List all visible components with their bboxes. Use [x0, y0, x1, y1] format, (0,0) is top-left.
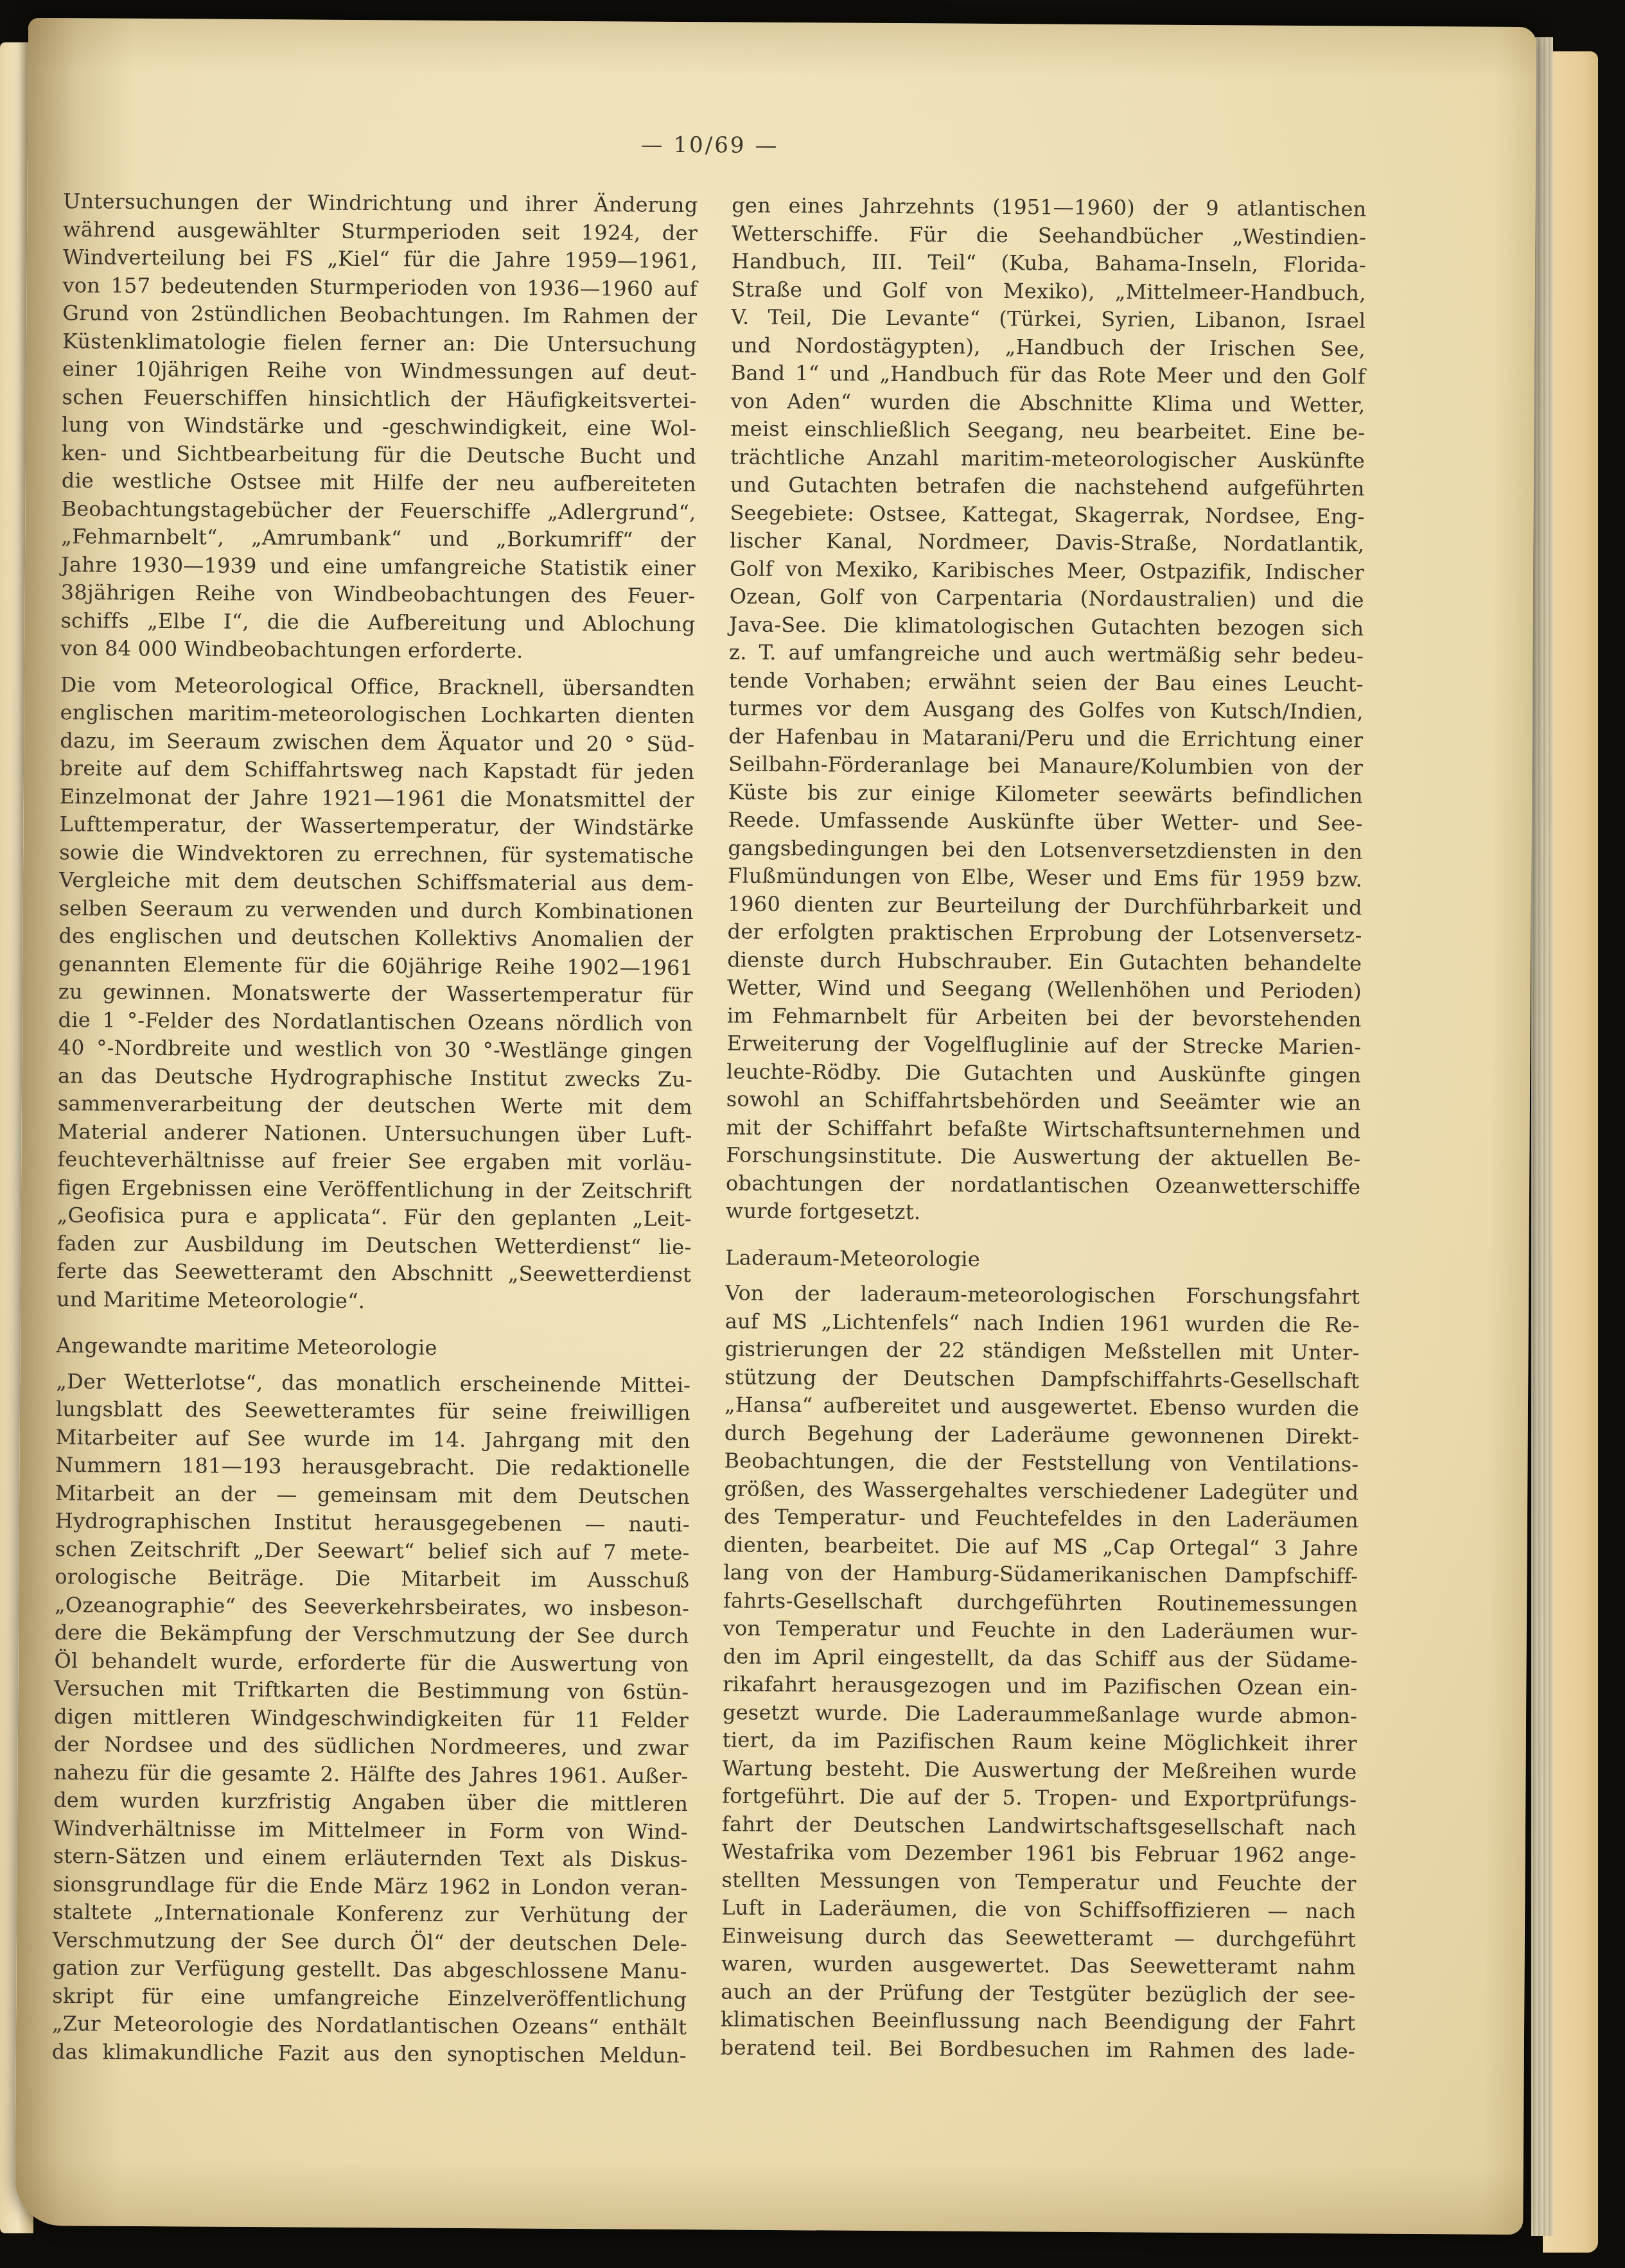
text-line: Java-See. Die klimatologischen Gutachten… [729, 611, 1364, 643]
text-line: obachtungen der nordatlantischen Ozeanwe… [726, 1169, 1360, 1201]
section-heading: Angewandte maritime Meteorologie [56, 1332, 690, 1364]
text-line: gangsbedingungen bei den Lotsenversetzdi… [728, 834, 1362, 866]
text-line: Öl behandelt wurde, erforderte für die A… [54, 1647, 689, 1679]
text-line: Wetterschiffe. Für die Seehandbücher „We… [732, 220, 1366, 252]
text-line: gistrierungen der 22 ständigen Meßstelle… [725, 1335, 1359, 1367]
text-column-left: Untersuchungen der Windrichtung und ihre… [52, 188, 698, 2070]
scanned-page: — 10/69 — Untersuchungen der Windrichtun… [15, 18, 1536, 2235]
text-line: Küstenklimatologie fielen ferner an: Die… [62, 327, 697, 360]
text-line: staltete „Internationale Konferenz zur V… [53, 1898, 687, 1930]
text-line: orologische Beiträge. Die Mitarbeit im A… [55, 1563, 689, 1595]
text-line: lischer Kanal, Nordmeer, Davis-Straße, N… [730, 527, 1364, 559]
text-line: feuchteverhältnisse auf freier See ergab… [57, 1146, 692, 1178]
text-line: lung von Windstärke und -geschwindigkeit… [62, 411, 696, 443]
text-line: klimatischen Beeinflussung nach Beendigu… [721, 2005, 1355, 2037]
text-line: 40 °-Nordbreite und westlich von 30 °-We… [58, 1034, 692, 1066]
text-line: des englischen und deutschen Kollektivs … [58, 922, 693, 954]
text-line: Handbuch, III. Teil“ (Kuba, Bahama-Insel… [732, 248, 1366, 280]
text-line: lungsblatt des Seewetteramtes für seine … [56, 1395, 690, 1427]
text-line: trächtliche Anzahl maritim-meteorologisc… [730, 443, 1365, 475]
text-line: einer 10jährigen Reihe von Windmessungen… [62, 355, 697, 387]
text-line: Reede. Umfassende Auskünfte über Wetter-… [728, 806, 1362, 838]
text-line: 1960 dienten zur Beurteilung der Durchfü… [728, 890, 1362, 922]
text-line: faden zur Ausbildung im Deutschen Wetter… [57, 1230, 691, 1262]
text-line: die westliche Ostsee mit Hilfe der neu a… [62, 467, 696, 499]
text-line: Seilbahn-Förderanlage bei Manaure/Kolumb… [728, 750, 1363, 782]
paragraph: Von der laderaum-meteorologischen Forsch… [721, 1279, 1360, 2065]
text-line: dienste durch Hubschrauber. Ein Gutachte… [727, 946, 1362, 978]
text-line: Westafrika vom Dezember 1961 bis Februar… [722, 1838, 1357, 1870]
text-line: wurde fortgesetzt. [726, 1197, 1360, 1229]
text-line: Nummern 181—193 herausgebracht. Die reda… [55, 1451, 690, 1483]
text-line: stern-Sätzen und einem erläuternden Text… [53, 1842, 688, 1874]
text-line: schen Zeitschrift „Der Seewart“ belief s… [55, 1535, 689, 1567]
section-heading: Laderaum-Meteorologie [725, 1244, 1360, 1276]
paragraph: „Der Wetterlotse“, das monatlich erschei… [52, 1368, 691, 2070]
text-line: Straße und Golf von Mexiko), „Mittelmeer… [731, 275, 1366, 308]
text-line: der Nordsee und des südlichen Nordmeeres… [54, 1731, 689, 1763]
text-line: skript für eine umfangreiche Einzelveröf… [52, 1982, 687, 2014]
text-line: und Maritime Meteorologie“. [57, 1286, 691, 1318]
text-line: „Zur Meteorologie des Nordatlantischen O… [52, 2010, 687, 2042]
page-edge-stack [1531, 37, 1553, 2236]
text-line: Die vom Meteorological Office, Bracknell… [60, 671, 695, 703]
text-line: sionsgrundlage für die Ende März 1962 in… [53, 1871, 687, 1903]
text-line: Flußmündungen von Elbe, Weser und Ems fü… [728, 862, 1362, 894]
text-line: englischen maritim-meteorologischen Loch… [60, 699, 694, 731]
text-line: V. Teil, Die Levante“ (Türkei, Syrien, L… [731, 304, 1366, 336]
text-line: ferte das Seewetteramt den Abschnitt „Se… [57, 1257, 691, 1289]
text-line: Band 1“ und „Handbuch für das Rote Meer … [731, 360, 1366, 392]
text-line: selben Seeraum zu verwenden und durch Ko… [59, 894, 694, 927]
text-line: ken- und Sichtbearbeitung für die Deutsc… [62, 439, 696, 471]
text-line: Erweiterung der Vogelfluglinie auf der S… [726, 1029, 1361, 1061]
text-line: Versuchen mit Triftkarten die Bestimmung… [54, 1675, 689, 1707]
text-line: Untersuchungen der Windrichtung und ihre… [63, 188, 698, 220]
text-line: dem wurden kurzfristig Angaben über die … [53, 1786, 688, 1819]
text-line: beratend teil. Bei Bordbesuchen im Rahme… [721, 2034, 1355, 2066]
text-line: der Hafenbau in Matarani/Peru und die Er… [728, 722, 1363, 755]
paragraph: Untersuchungen der Windrichtung und ihre… [60, 188, 698, 667]
text-line: auf MS „Lichtenfels“ nach Indien 1961 wu… [725, 1307, 1360, 1339]
text-column-right: gen eines Jahrzehnts (1951—1960) der 9 a… [721, 192, 1367, 2066]
text-line: und Nordostägypten), „Handbuch der Irisc… [731, 331, 1366, 363]
text-line: Forschungsinstitute. Die Auswertung der … [726, 1141, 1360, 1173]
text-line: sammenverarbeitung der deutschen Werte m… [58, 1090, 692, 1122]
text-line: Küste bis zur einige Kilometer seewärts … [728, 778, 1363, 810]
text-line: schiffs „Elbe I“, die die Aufbereitung u… [60, 607, 695, 639]
text-line: Seegebiete: Ostsee, Kattegat, Skagerrak,… [730, 499, 1364, 531]
text-line: von 157 bedeutenden Sturmperioden von 19… [63, 272, 698, 304]
text-line: größen, des Wassergehaltes verschiedener… [724, 1475, 1358, 1507]
text-line: Einweisung durch das Seewetteramt — durc… [721, 1922, 1356, 1954]
text-line: nahezu für die gesamte 2. Hälfte des Jah… [53, 1759, 688, 1791]
text-line: von 84 000 Windbeobachtungen erforderte. [60, 634, 695, 667]
text-line: den im April eingestellt, da das Schiff … [723, 1643, 1357, 1675]
text-line: genannten Elemente für die 60jährige Rei… [58, 950, 693, 982]
text-line: lang von der Hamburg-Südamerikanischen D… [723, 1558, 1358, 1591]
text-line: „Der Wetterlotse“, das monatlich erschei… [56, 1368, 690, 1400]
text-line: Beobachtungstagebücher der Feuerschiffe … [61, 495, 696, 527]
text-line: dienten, bearbeitet. Die auf MS „Cap Ort… [724, 1531, 1358, 1563]
text-line: „Ozeanographie“ des Seeverkehrsbeirates,… [55, 1591, 689, 1623]
text-line: leuchte-Rödby. Die Gutachten und Auskünf… [726, 1058, 1361, 1090]
text-line: schen Feuerschiffen hinsichtlich der Häu… [62, 383, 696, 415]
text-line: während ausgewählter Sturmperioden seit … [63, 216, 698, 248]
text-line: turmes vor dem Ausgang des Golfes von Ku… [729, 694, 1364, 726]
text-line: von Aden“ wurden die Abschnitte Klima un… [730, 387, 1365, 419]
text-line: gen eines Jahrzehnts (1951—1960) der 9 a… [732, 192, 1366, 224]
text-line: durch Begehung der Laderäume gewonnenen … [725, 1419, 1359, 1451]
text-line: breite auf dem Schiffahrtsweg nach Kapst… [60, 755, 694, 787]
text-line: tiert, da im Pazifischen Raum keine Mögl… [723, 1726, 1357, 1758]
text-line: mit der Schiffahrt befaßte Wirtschaftsun… [726, 1113, 1361, 1146]
text-line: im Fehmarnbelt für Arbeiten bei der bevo… [727, 1002, 1362, 1034]
text-line: stellten Messungen von Temperatur und Fe… [721, 1866, 1356, 1898]
text-line: Einzelmonat der Jahre 1921—1961 die Mona… [60, 783, 694, 815]
text-line: Vergleiche mit dem deutschen Schiffsmate… [59, 866, 694, 898]
text-line: fahrts-Gesellschaft durchgeführten Routi… [723, 1587, 1358, 1619]
text-line: Mitarbeiter auf See wurde im 14. Jahrgan… [56, 1424, 690, 1456]
text-line: digen mittleren Windgeschwindigkeiten fü… [54, 1703, 689, 1735]
text-line: Material anderer Nationen. Untersuchunge… [57, 1118, 692, 1150]
text-line: die 1 °-Felder des Nordatlantischen Ozea… [58, 1006, 693, 1038]
text-line: des Temperatur- und Feuchtefeldes in den… [724, 1503, 1358, 1535]
paragraph: Die vom Meteorological Office, Bracknell… [57, 671, 695, 1318]
text-line: Jahre 1930—1939 und eine umfangreiche St… [61, 551, 696, 583]
text-line: von Temperatur und Feuchte in den Laderä… [723, 1614, 1358, 1646]
text-line: fahrt der Deutschen Landwirtschaftsgesel… [722, 1810, 1357, 1842]
text-line: gesetzt wurde. Die Laderaummeßanlage wur… [723, 1698, 1357, 1731]
text-line: Wetter, Wind und Seegang (Wellenhöhen un… [727, 973, 1362, 1006]
text-line: stützung der Deutschen Dampfschiffahrts-… [725, 1363, 1359, 1395]
text-line: auch an der Prüfung der Testgüter bezügl… [721, 1978, 1355, 2010]
text-line: „Fehmarnbelt“, „Amrumbank“ und „Borkumri… [61, 523, 696, 555]
text-line: meist einschließlich Seegang, neu bearbe… [730, 415, 1365, 448]
text-line: zu gewinnen. Monatswerte der Wassertempe… [58, 978, 693, 1010]
text-line: Luft in Laderäumen, die von Schiffsoffiz… [721, 1894, 1356, 1926]
text-line: rikafahrt herausgezogen und im Pazifisch… [723, 1670, 1357, 1702]
text-line: an das Deutsche Hydrographische Institut… [58, 1062, 692, 1094]
text-line: waren, wurden ausgewertet. Das Seewetter… [721, 1950, 1356, 1982]
text-line: der erfolgten praktischen Erprobung der … [727, 918, 1362, 950]
text-line: fortgeführt. Die auf der 5. Tropen- und … [722, 1782, 1357, 1814]
text-line: sowohl an Schiffahrtsbehörden und Seeämt… [726, 1085, 1361, 1117]
text-line: Verschmutzung der See durch Öl“ der deut… [53, 1926, 687, 1958]
text-line: und Gutachten betrafen die nachstehend a… [730, 471, 1365, 503]
text-line: Mitarbeit an der — gemeinsam mit dem Deu… [55, 1479, 690, 1512]
text-line: „Hansa“ aufbereitet und ausgewertet. Ebe… [725, 1391, 1359, 1423]
text-line: figen Ergebnissen eine Veröffentlichung … [57, 1174, 692, 1206]
text-line: Beobachtungen, die der Feststellung von … [724, 1447, 1358, 1479]
text-line: gation zur Verfügung gestellt. Das abges… [52, 1954, 687, 1986]
text-line: dere die Bekämpfung der Verschmutzung de… [55, 1619, 689, 1651]
text-line: Hydrographischen Institut herausgegebene… [55, 1507, 690, 1539]
text-line: Wartung besteht. Die Auswertung der Meßr… [722, 1754, 1357, 1786]
text-line: Grund von 2stündlichen Beobachtungen. Im… [62, 299, 697, 331]
paragraph: gen eines Jahrzehnts (1951—1960) der 9 a… [726, 192, 1367, 1230]
text-line: Ozean, Golf von Carpentaria (Nordaustral… [730, 583, 1364, 615]
text-line: z. T. auf umfangreiche und auch wertmäßi… [729, 639, 1364, 671]
text-line: tende Vorhaben; erwähnt seien der Bau ei… [729, 667, 1364, 699]
text-line: Von der laderaum-meteorologischen Forsch… [725, 1279, 1360, 1311]
text-line: Lufttemperatur, der Wassertemperatur, de… [59, 810, 694, 842]
text-line: Golf von Mexiko, Karibisches Meer, Ostpa… [730, 555, 1364, 587]
text-line: 38jährigen Reihe von Windbeobachtungen d… [61, 579, 696, 611]
text-line: dazu, im Seeraum zwischen dem Äquator un… [60, 727, 694, 759]
text-line: Windverhältnisse im Mittelmeer in Form v… [53, 1815, 688, 1847]
page-number: — 10/69 — [641, 132, 779, 159]
text-line: das klimakundliche Fazit aus den synopti… [52, 2038, 687, 2070]
text-line: sowie die Windvektoren zu errechnen, für… [59, 839, 694, 871]
text-line: „Geofisica pura e applicata“. Für den ge… [57, 1201, 692, 1234]
text-line: Windverteilung bei FS „Kiel“ für die Jah… [63, 243, 698, 275]
